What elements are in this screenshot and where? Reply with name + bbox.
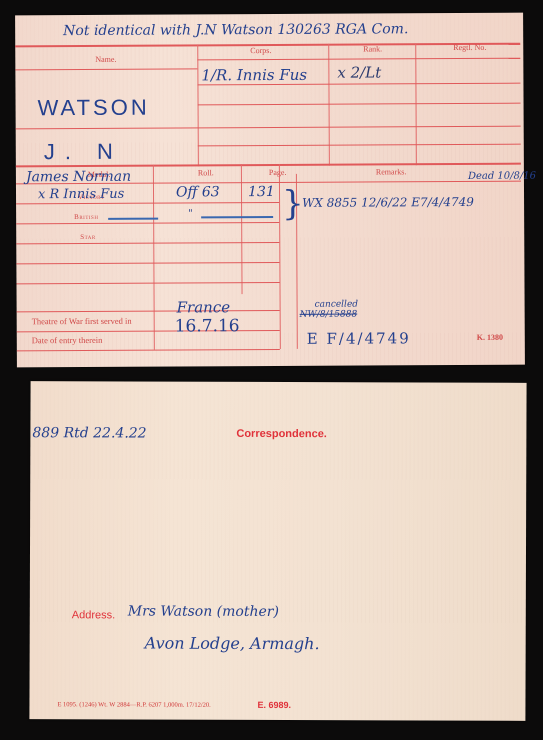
medal-card-front: Not identical with J.N Watson 130263 RGA… xyxy=(15,13,525,368)
rule xyxy=(198,144,521,147)
ef-reference: E F/4/4749 xyxy=(307,329,411,348)
printer-line: E 1095. (1246) Wt. W 2884—R.P. 6207 1,00… xyxy=(57,701,210,709)
medal-star-label: Star xyxy=(80,233,96,241)
entry-date-value: 16.7.16 xyxy=(175,316,240,336)
correspondence-label: Correspondence. xyxy=(236,428,327,440)
roll-column-label: Roll. xyxy=(198,168,214,177)
cancelled-ref: NW/8/15888 xyxy=(300,310,358,320)
british-roll: " xyxy=(188,208,193,219)
victory-annotation: x R Innis Fus xyxy=(38,187,124,202)
remarks-dead-note: Dead 10/8/16 xyxy=(468,171,536,182)
remarks-line: WX 8855 12/6/22 E7/4/4749 xyxy=(302,195,474,210)
page-column-label: Page. xyxy=(269,168,287,177)
initials: J. N xyxy=(44,139,123,165)
rule xyxy=(16,242,279,244)
rule xyxy=(17,349,280,351)
entry-date-label: Date of entry therein xyxy=(32,335,103,345)
rule xyxy=(15,68,197,70)
header-note: Not identical with J.N Watson 130263 RGA… xyxy=(63,21,408,39)
rank-column-label: Rank. xyxy=(363,44,382,53)
rule xyxy=(16,222,279,224)
rank-value: x 2/Lt xyxy=(337,63,381,81)
corps-column-label: Corps. xyxy=(250,46,271,55)
ditto-line xyxy=(201,216,273,218)
rule xyxy=(17,310,280,312)
rule xyxy=(198,103,521,106)
rule xyxy=(16,262,279,264)
theatre-label: Theatre of War first served in xyxy=(32,316,132,327)
divider xyxy=(153,165,155,350)
address-line-1: Mrs Watson (mother) xyxy=(128,603,279,620)
theatre-value: France xyxy=(177,298,231,316)
regtl-no-column-label: Regtl. No. xyxy=(453,43,486,52)
rule xyxy=(16,202,279,204)
full-name: James Norman xyxy=(26,169,131,186)
rule xyxy=(16,282,279,284)
form-code-back: E. 6989. xyxy=(257,700,291,710)
ditto-line xyxy=(108,218,158,220)
handwritten-reference: 889 Rtd 22.4.22 xyxy=(32,425,146,441)
medal-card-back: 889 Rtd 22.4.22 Correspondence. Address.… xyxy=(29,381,526,721)
victory-roll: Off 63 xyxy=(176,184,220,200)
cancelled-note: cancelled xyxy=(315,300,358,310)
address-line-2: Avon Lodge, Armagh. xyxy=(145,634,320,654)
address-label: Address. xyxy=(72,609,115,621)
corps-value: 1/R. Innis Fus xyxy=(201,66,307,85)
remarks-brace: } xyxy=(282,184,304,224)
rule xyxy=(17,330,280,332)
rule xyxy=(16,126,521,130)
medal-british-label: British xyxy=(74,213,98,221)
remarks-column-label: Remarks. xyxy=(376,167,406,176)
rule xyxy=(197,58,520,61)
divider xyxy=(241,164,243,294)
name-column-label: Name. xyxy=(95,55,116,64)
victory-page: 131 xyxy=(248,184,275,200)
form-code: K. 1380 xyxy=(477,333,503,342)
divider xyxy=(279,164,281,349)
surname: WATSON xyxy=(38,95,150,122)
